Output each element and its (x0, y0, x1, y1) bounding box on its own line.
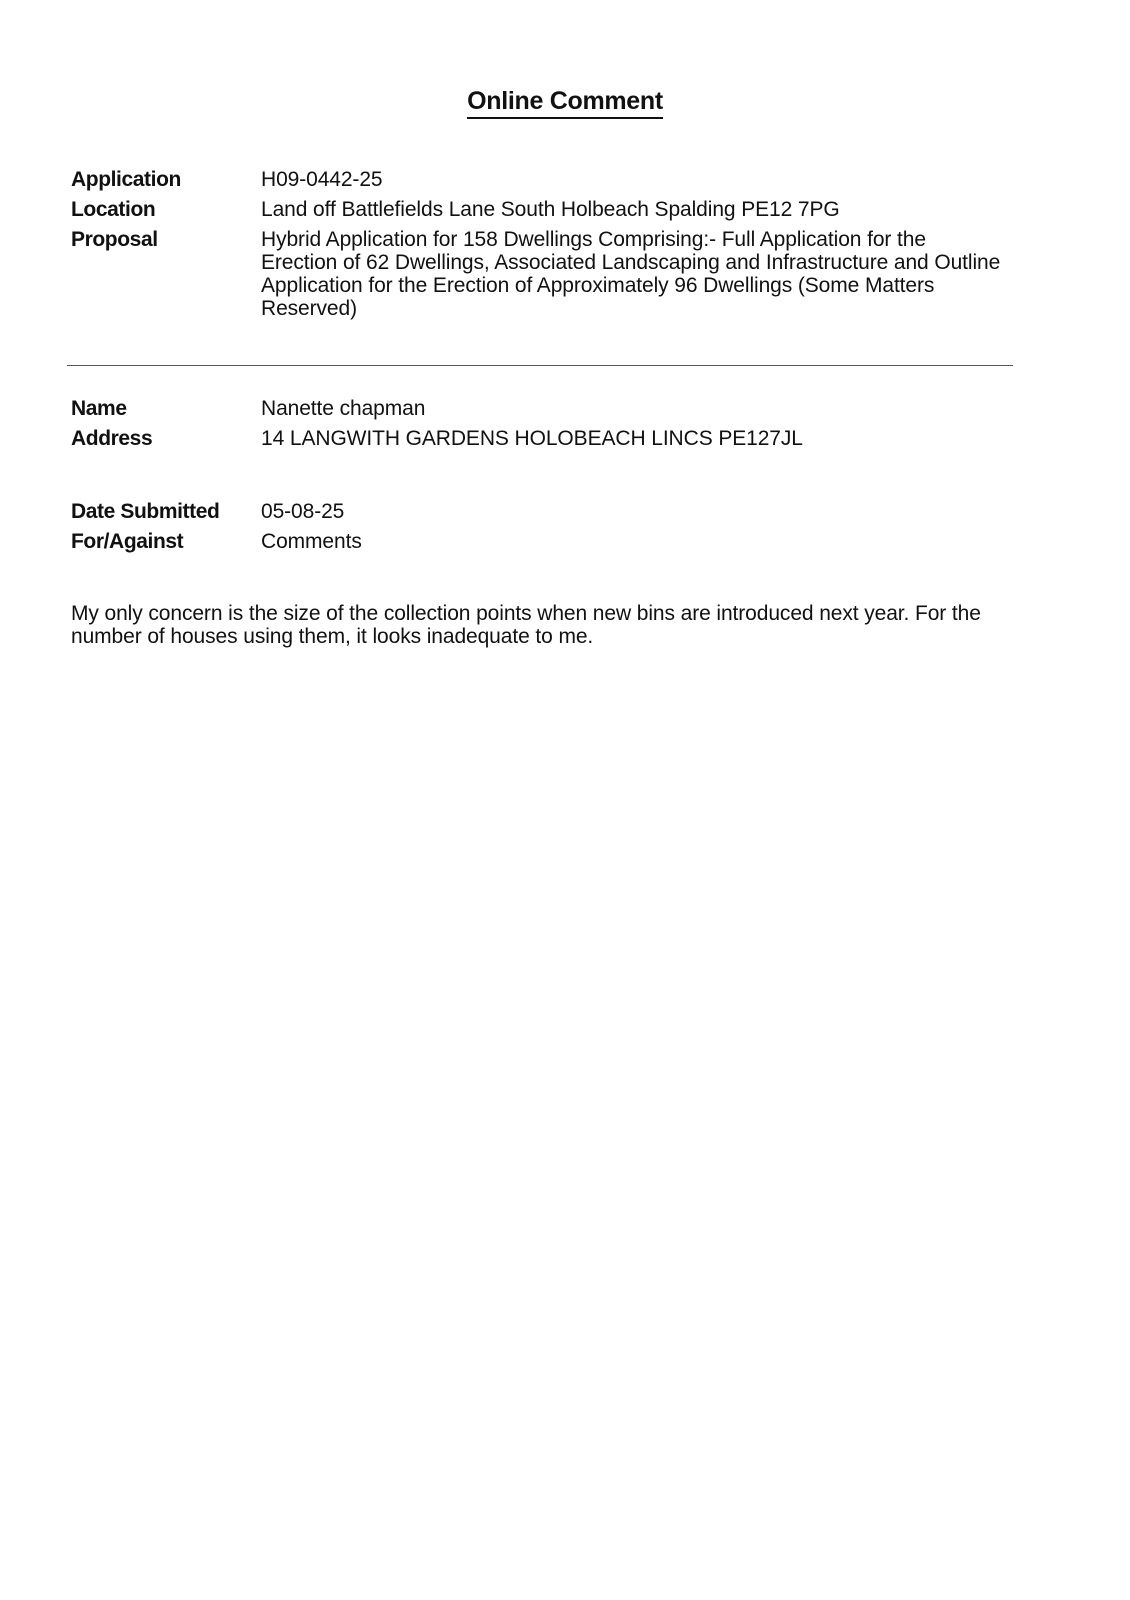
name-label: Name (71, 397, 261, 420)
location-label: Location (71, 198, 261, 221)
date-submitted-row: Date Submitted 05-08-25 (71, 500, 1006, 523)
location-value: Land off Battlefields Lane South Holbeac… (261, 198, 1006, 221)
for-against-row: For/Against Comments (71, 530, 1006, 553)
comment-body: My only concern is the size of the colle… (71, 602, 1031, 648)
page-title-text: Online Comment (467, 86, 663, 119)
application-row: Application H09-0442-25 (71, 168, 1006, 191)
name-value: Nanette chapman (261, 397, 1006, 420)
proposal-label: Proposal (71, 228, 261, 320)
application-value: H09-0442-25 (261, 168, 1006, 191)
address-value: 14 LANGWITH GARDENS HOLOBEACH LINCS PE12… (261, 427, 1006, 450)
date-submitted-label: Date Submitted (71, 500, 261, 523)
address-label: Address (71, 427, 261, 450)
page-title: Online Comment (0, 86, 1130, 119)
location-row: Location Land off Battlefields Lane Sout… (71, 198, 1006, 221)
for-against-value: Comments (261, 530, 1006, 553)
address-row: Address 14 LANGWITH GARDENS HOLOBEACH LI… (71, 427, 1006, 450)
section-divider (67, 365, 1013, 366)
name-row: Name Nanette chapman (71, 397, 1006, 420)
application-label: Application (71, 168, 261, 191)
date-submitted-value: 05-08-25 (261, 500, 1006, 523)
proposal-value: Hybrid Application for 158 Dwellings Com… (261, 228, 1006, 320)
for-against-label: For/Against (71, 530, 261, 553)
proposal-row: Proposal Hybrid Application for 158 Dwel… (71, 228, 1006, 320)
